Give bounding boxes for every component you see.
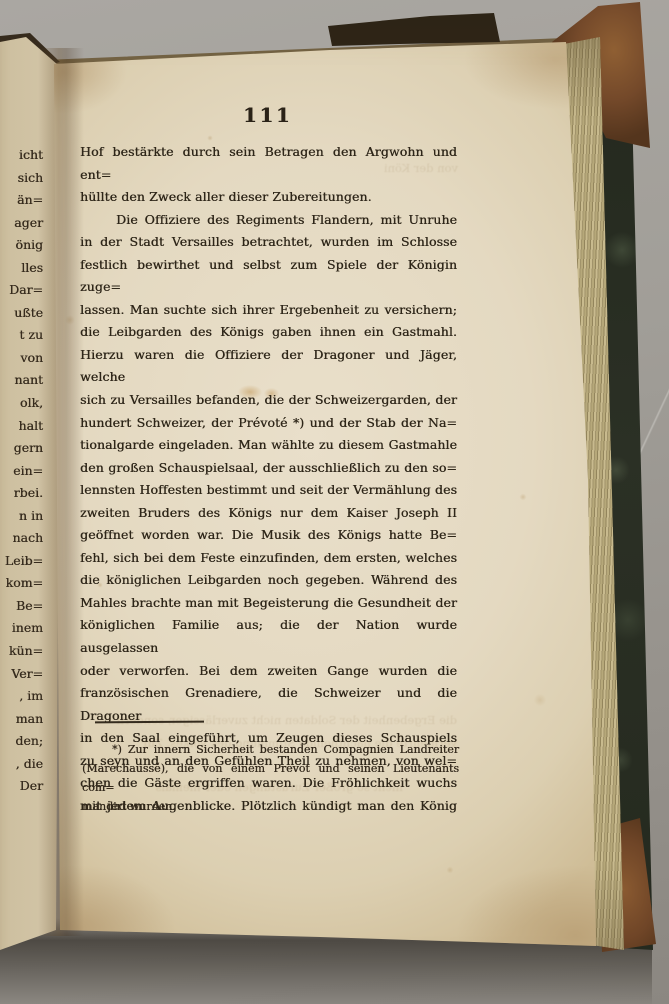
- left-page-text-fragment: man: [0, 708, 48, 731]
- body-text-line: geöffnet worden war. Die Musik des König…: [80, 524, 457, 547]
- body-text-line: festlich bewirthet und selbst zum Spiele…: [80, 254, 457, 299]
- left-page-text-fragment: icht: [0, 144, 48, 167]
- left-page-text-fragment: än=: [0, 189, 48, 212]
- page-number: 111: [243, 103, 291, 127]
- left-page-text-fragment: , die: [0, 753, 48, 776]
- body-text-line: sich zu Versailles befanden, die der Sch…: [80, 389, 457, 412]
- left-page-text-fragment: Be=: [0, 595, 48, 618]
- body-text-line: Hierzu waren die Offiziere der Dragoner …: [80, 344, 457, 389]
- body-text-line: die königlichen Leibgarden noch gegeben.…: [80, 569, 457, 592]
- left-page-text-fragment: von: [0, 347, 48, 370]
- body-text-line: hundert Schweizer, der Prévoté *) und de…: [80, 412, 457, 435]
- left-page-text-fragment: Leib=: [0, 550, 48, 573]
- footnote-line: (Maréchaussé), die von einem Prevot und …: [82, 759, 459, 797]
- body-text-line: fehl, sich bei dem Feste einzufinden, de…: [80, 547, 457, 570]
- body-text-line: die Leibgarden des Königs gaben ihnen ei…: [80, 321, 457, 344]
- left-page-text-fragment: t zu: [0, 324, 48, 347]
- left-page-text-fragment: inem: [0, 617, 48, 640]
- left-page-text-fragment: den;: [0, 730, 48, 753]
- left-page-text: ichtsichän=agerönigllesDar=ußtet zuvonna…: [0, 144, 48, 798]
- body-text-line: Mahles brachte man mit Begeisterung die …: [80, 592, 457, 615]
- body-text-line: hüllte den Zweck aller dieser Zubereitun…: [80, 186, 457, 209]
- left-page-text-fragment: kom=: [0, 572, 48, 595]
- left-page-text-fragment: n in: [0, 505, 48, 528]
- footnote: *) Zur innern Sicherheit bestanden Compa…: [82, 740, 459, 816]
- left-page-text-fragment: olk,: [0, 392, 48, 415]
- left-page-text-fragment: , im: [0, 685, 48, 708]
- body-text-line: den großen Schauspielsaal, der ausschlie…: [80, 457, 457, 480]
- body-text-line: lennsten Hoffesten bestimmt und seit der…: [80, 479, 457, 502]
- book-photo: von der Könidie Ergebenheit der Soldaten…: [0, 0, 669, 1004]
- body-text-line: zweiten Bruders des Königs nur dem Kaise…: [80, 502, 457, 525]
- left-page-text-fragment: halt: [0, 415, 48, 438]
- left-page-text-fragment: ein=: [0, 460, 48, 483]
- body-text-line: königlichen Familie aus; die der Nation …: [80, 614, 457, 659]
- footnote-line: *) Zur innern Sicherheit bestanden Compa…: [82, 740, 459, 759]
- left-page-text-fragment: kün=: [0, 640, 48, 663]
- body-text-line: in der Stadt Versailles betrachtet, wurd…: [80, 231, 457, 254]
- left-page-text-fragment: gern: [0, 437, 48, 460]
- body-text-line: oder verworfen. Bei dem zweiten Gange wu…: [80, 660, 457, 683]
- body-text-line: lassen. Man suchte sich ihrer Ergebenhei…: [80, 299, 457, 322]
- left-page-text-fragment: önig: [0, 234, 48, 257]
- left-page-text-fragment: Ver=: [0, 663, 48, 686]
- left-page-text-fragment: Dar=: [0, 279, 48, 302]
- body-text-line: tionalgarde eingeladen. Man wählte zu di…: [80, 434, 457, 457]
- footnote-line: mandirt wurden.: [82, 797, 459, 816]
- left-page-text-fragment: Der: [0, 775, 48, 798]
- left-page-text-fragment: lles: [0, 257, 48, 280]
- body-text: Hof bestärkte durch sein Betragen den Ar…: [80, 141, 457, 817]
- left-page-text-fragment: ußte: [0, 302, 48, 325]
- left-page-text-fragment: nach: [0, 527, 48, 550]
- left-page-text-fragment: rbei.: [0, 482, 48, 505]
- left-page-text-fragment: sich: [0, 167, 48, 190]
- left-page-text-fragment: ager: [0, 212, 48, 235]
- body-text-line: Hof bestärkte durch sein Betragen den Ar…: [80, 141, 457, 186]
- body-text-line: Die Offiziere des Regiments Flandern, mi…: [80, 209, 457, 232]
- left-page-text-fragment: nant: [0, 369, 48, 392]
